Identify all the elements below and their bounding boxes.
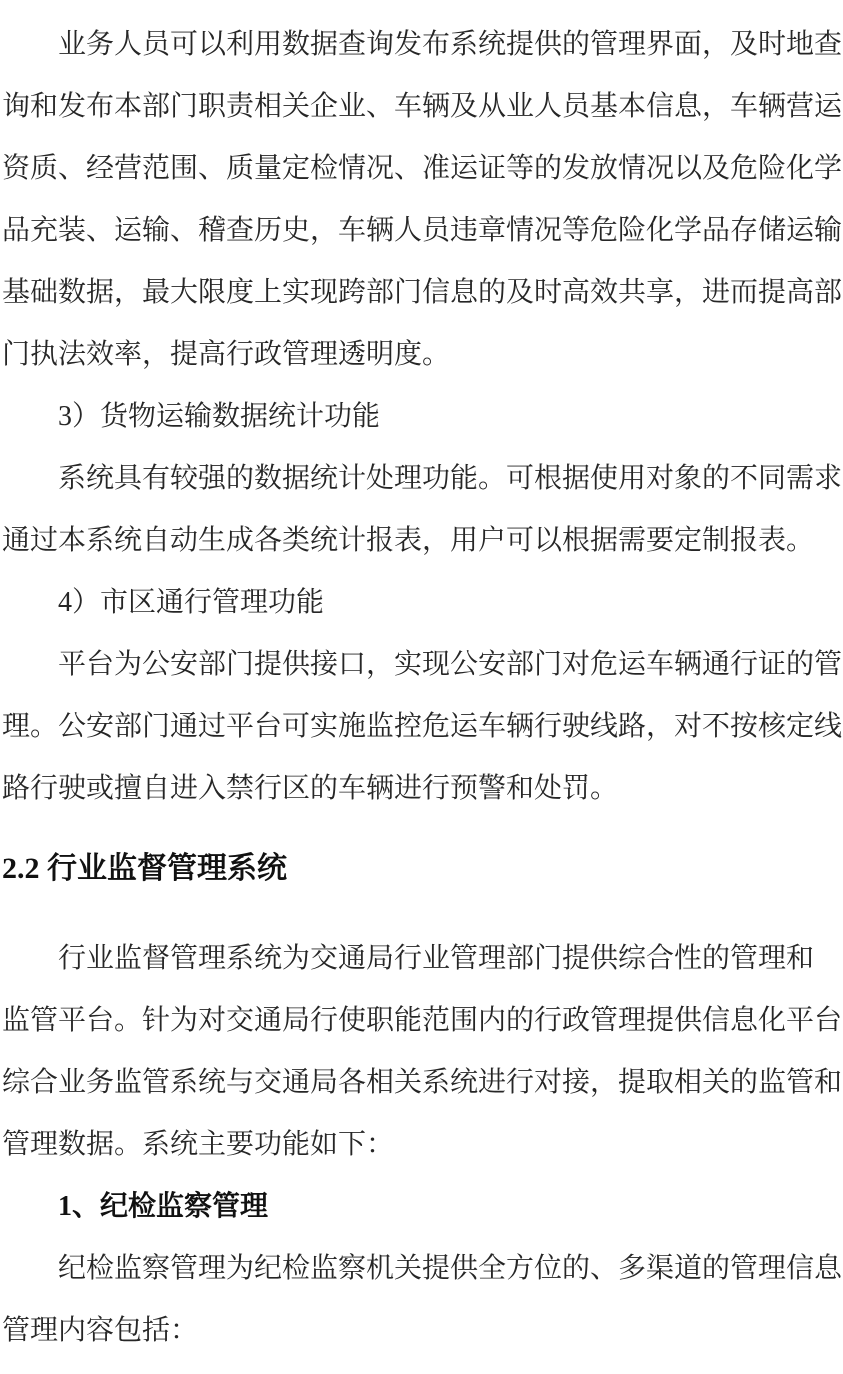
paragraph-discipline-inspection-info: 纪检监察管理为纪检监察机关提供全方位的、多渠道的管理信息。 管理内容包括： (2, 1238, 841, 1362)
text-line: 通过本系统自动生成各类统计报表，用户可以根据需要定制报表。 (2, 510, 841, 572)
text-line: 监管平台。针为对交通局行使职能范围内的行政管理提供信息化平台。 (2, 990, 841, 1052)
sub-heading-discipline-inspection-management: 1、纪检监察管理 (2, 1176, 841, 1238)
text-line: 资质、经营范围、质量定检情况、准运证等的发放情况以及危险化学 (2, 138, 841, 200)
text-line: 路行驶或擅自进入禁行区的车辆进行预警和处罚。 (2, 758, 841, 820)
text-line: 门执法效率，提高行政管理透明度。 (2, 324, 841, 386)
text-line: 平台为公安部门提供接口，实现公安部门对危运车辆通行证的管 (2, 634, 841, 696)
text-line: 综合业务监管系统与交通局各相关系统进行对接，提取相关的监管和 (2, 1052, 841, 1114)
numbered-heading-cargo-transport-statistics: 3）货物运输数据统计功能 (2, 386, 841, 448)
text-line: 管理数据。系统主要功能如下： (2, 1114, 841, 1176)
paragraph-statistics-function: 系统具有较强的数据统计处理功能。可根据使用对象的不同需求， 通过本系统自动生成各… (2, 448, 841, 572)
document-page: 业务人员可以利用数据查询发布系统提供的管理界面，及时地查 询和发布本部门职责相关… (0, 0, 843, 1374)
text-line: 基础数据，最大限度上实现跨部门信息的及时高效共享，进而提高部 (2, 262, 841, 324)
text-line: 纪检监察管理为纪检监察机关提供全方位的、多渠道的管理信息。 (2, 1238, 841, 1300)
text-line: 管理内容包括： (2, 1300, 841, 1362)
text-line: 业务人员可以利用数据查询发布系统提供的管理界面，及时地查 (2, 14, 841, 76)
text-line: 理。公安部门通过平台可实施监控危运车辆行驶线路，对不按核定线 (2, 696, 841, 758)
paragraph-police-interface: 平台为公安部门提供接口，实现公安部门对危运车辆通行证的管 理。公安部门通过平台可… (2, 634, 841, 820)
numbered-heading-city-traffic-management: 4）市区通行管理功能 (2, 572, 841, 634)
text-line: 系统具有较强的数据统计处理功能。可根据使用对象的不同需求， (2, 448, 841, 510)
paragraph-data-query-publish: 业务人员可以利用数据查询发布系统提供的管理界面，及时地查 询和发布本部门职责相关… (2, 14, 841, 386)
section-heading-industry-supervision-system: 2.2 行业监督管理系统 (2, 838, 841, 900)
text-line: 行业监督管理系统为交通局行业管理部门提供综合性的管理和 (2, 928, 841, 990)
text-line: 品充装、运输、稽查历史，车辆人员违章情况等危险化学品存储运输 (2, 200, 841, 262)
text-line: 询和发布本部门职责相关企业、车辆及从业人员基本信息，车辆营运 (2, 76, 841, 138)
paragraph-supervision-platform: 行业监督管理系统为交通局行业管理部门提供综合性的管理和 监管平台。针为对交通局行… (2, 928, 841, 1176)
